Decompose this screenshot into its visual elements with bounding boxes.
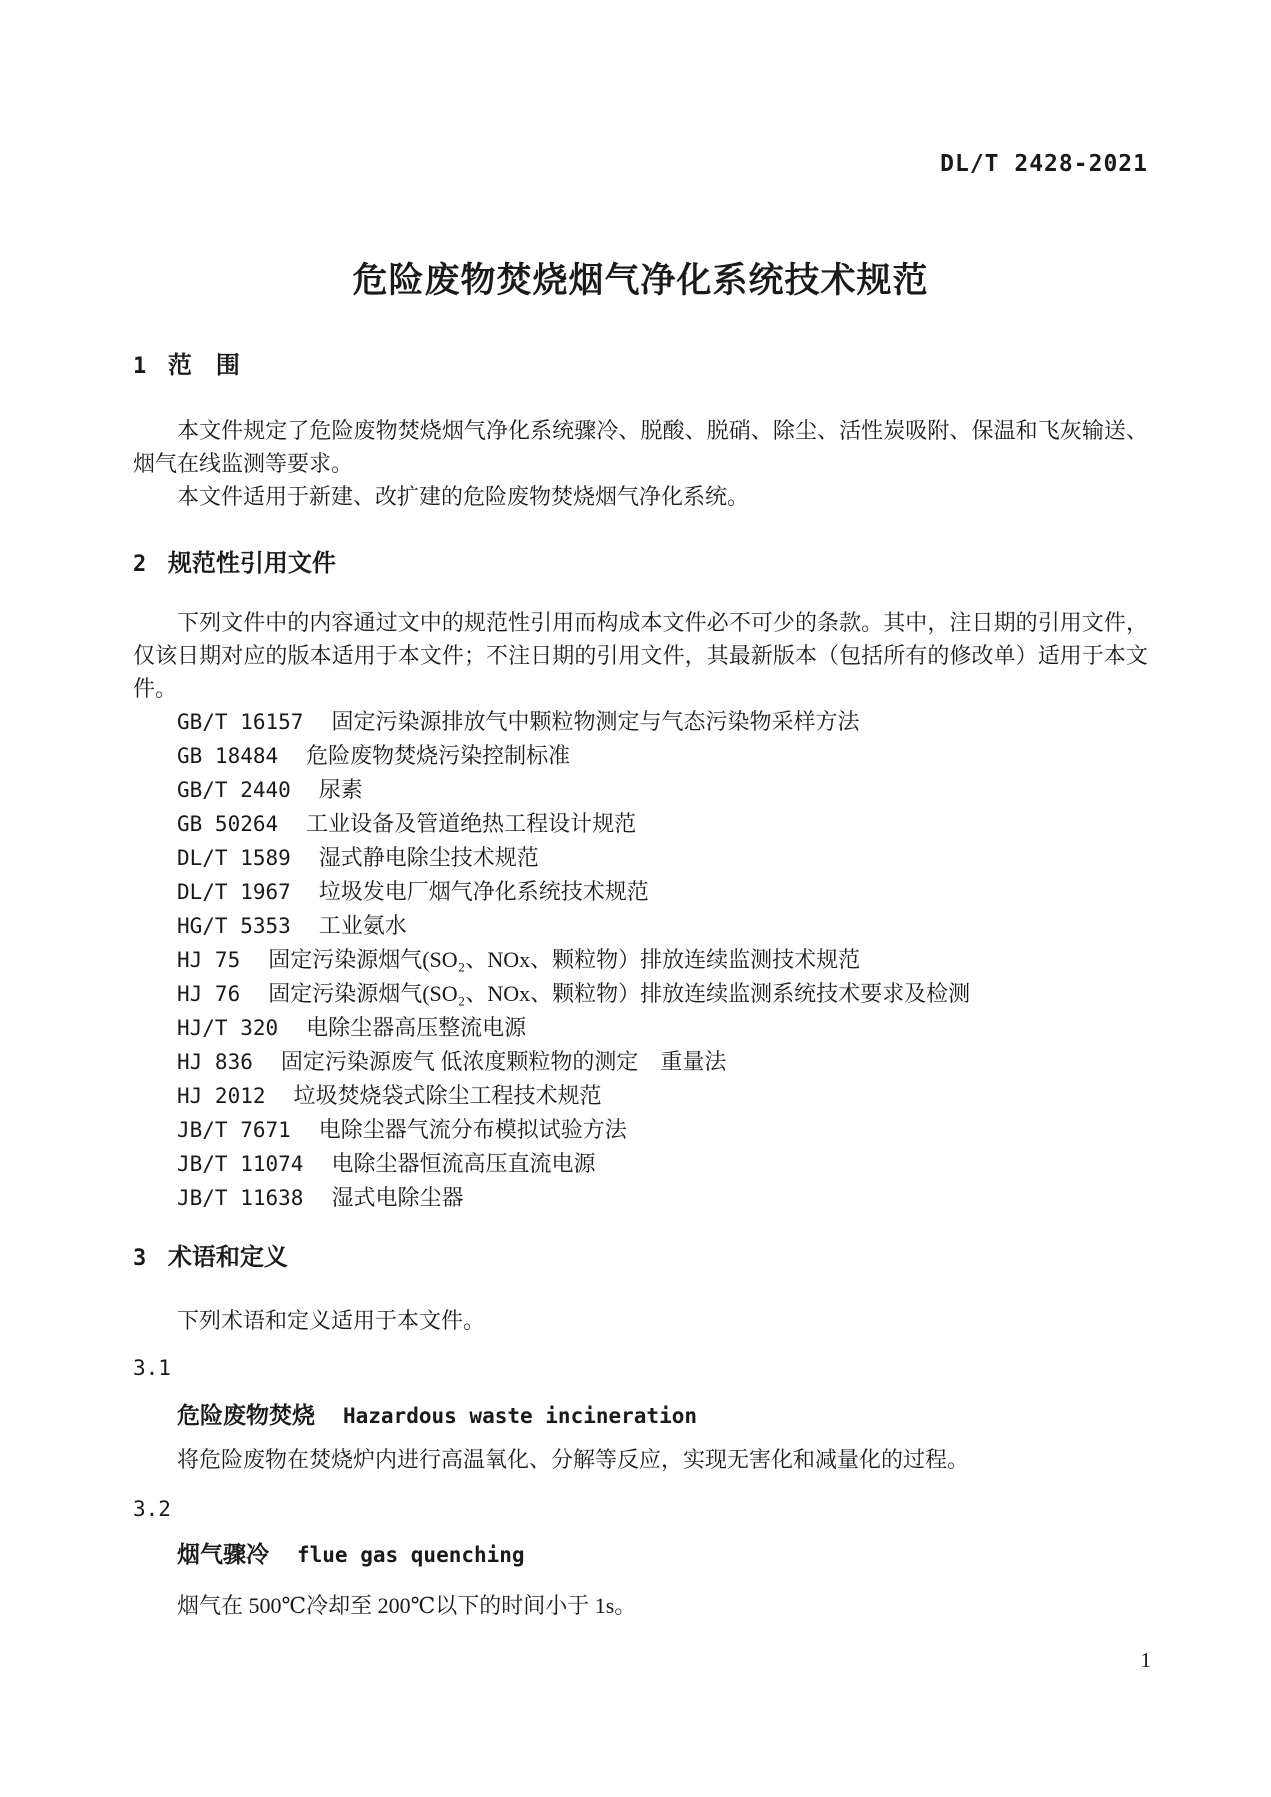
reference-item: HJ 76固定污染源烟气(SO₂、NOx、颗粒物）排放连续监测系统技术要求及检测 xyxy=(177,977,1148,1011)
reference-item: HJ 75固定污染源烟气(SO₂、NOx、颗粒物）排放连续监测技术规范 xyxy=(177,943,1148,977)
term-chinese: 烟气骤冷 xyxy=(177,1541,269,1567)
reference-title: 电除尘器恒流高压直流电源 xyxy=(331,1151,595,1176)
reference-title: 垃圾发电厂烟气净化系统技术规范 xyxy=(319,879,649,904)
reference-title: 固定污染源排放气中颗粒物测定与气态污染物采样方法 xyxy=(331,709,859,734)
reference-item: GB/T 2440尿素 xyxy=(177,773,1148,807)
reference-code: GB 18484 xyxy=(177,744,278,768)
reference-title: 危险废物焚烧污染控制标准 xyxy=(306,743,570,768)
document-page: DL/T 2428-2021 危险废物焚烧烟气净化系统技术规范 1 范 围 本文… xyxy=(0,0,1271,1797)
term-block-3-2: 3.2 烟气骤冷flue gas quenching 烟气在 500℃冷却至 2… xyxy=(133,1494,1148,1622)
reference-item: DL/T 1967垃圾发电厂烟气净化系统技术规范 xyxy=(177,875,1148,909)
reference-item: GB 18484危险废物焚烧污染控制标准 xyxy=(177,739,1148,773)
section-1-title: 范 围 xyxy=(168,352,240,379)
term-definition: 烟气在 500℃冷却至 200℃以下的时间小于 1s。 xyxy=(133,1589,1148,1622)
term-number: 3.2 xyxy=(133,1494,1148,1524)
reference-list: GB/T 16157固定污染源排放气中颗粒物测定与气态污染物采样方法 GB 18… xyxy=(133,705,1148,1215)
reference-title: 工业氨水 xyxy=(319,913,407,938)
term-heading: 烟气骤冷flue gas quenching xyxy=(133,1538,1148,1574)
reference-item: HJ 836固定污染源废气 低浓度颗粒物的测定 重量法 xyxy=(177,1045,1148,1079)
reference-code: HG/T 5353 xyxy=(177,914,291,938)
reference-code: HJ 836 xyxy=(177,1050,253,1074)
reference-item: JB/T 7671电除尘器气流分布模拟试验方法 xyxy=(177,1113,1148,1147)
reference-title: 垃圾焚烧袋式除尘工程技术规范 xyxy=(294,1083,602,1108)
reference-code: HJ 2012 xyxy=(177,1084,266,1108)
standard-code: DL/T 2428-2021 xyxy=(940,151,1148,177)
section-2-title: 规范性引用文件 xyxy=(168,550,336,577)
reference-code: GB/T 16157 xyxy=(177,710,303,734)
reference-code: HJ 76 xyxy=(177,982,240,1006)
scope-paragraph-1: 本文件规定了危险废物焚烧烟气净化系统骤冷、脱酸、脱硝、除尘、活性炭吸附、保温和飞… xyxy=(133,414,1148,480)
reference-item: HJ/T 320电除尘器高压整流电源 xyxy=(177,1011,1148,1045)
reference-title: 尿素 xyxy=(319,777,363,802)
section-terms-definitions: 3 术语和定义 下列术语和定义适用于本文件。 3.1 危险废物焚烧Hazardo… xyxy=(133,1244,1148,1622)
reference-item: GB 50264工业设备及管道绝热工程设计规范 xyxy=(177,807,1148,841)
reference-title: 湿式电除尘器 xyxy=(331,1185,463,1210)
term-heading: 危险废物焚烧Hazardous waste incineration xyxy=(133,1399,1148,1435)
reference-title: 固定污染源烟气(SO₂、NOx、颗粒物）排放连续监测技术规范 xyxy=(268,947,860,972)
scope-paragraph-2: 本文件适用于新建、改扩建的危险废物焚烧烟气净化系统。 xyxy=(133,480,1148,513)
reference-code: JB/T 11638 xyxy=(177,1186,303,1210)
reference-code: GB 50264 xyxy=(177,812,278,836)
terms-intro: 下列术语和定义适用于本文件。 xyxy=(133,1304,1148,1337)
section-2-heading: 2 规范性引用文件 xyxy=(133,550,1148,579)
section-scope: 1 范 围 本文件规定了危险废物焚烧烟气净化系统骤冷、脱酸、脱硝、除尘、活性炭吸… xyxy=(133,352,1148,513)
reference-item: GB/T 16157固定污染源排放气中颗粒物测定与气态污染物采样方法 xyxy=(177,705,1148,739)
reference-item: JB/T 11074电除尘器恒流高压直流电源 xyxy=(177,1147,1148,1181)
section-3-heading: 3 术语和定义 xyxy=(133,1244,1148,1273)
section-2-number: 2 xyxy=(133,552,146,577)
reference-title: 电除尘器高压整流电源 xyxy=(306,1015,526,1040)
section-1-heading: 1 范 围 xyxy=(133,352,1148,381)
reference-code: DL/T 1967 xyxy=(177,880,291,904)
reference-item: HG/T 5353工业氨水 xyxy=(177,909,1148,943)
reference-title: 固定污染源烟气(SO₂、NOx、颗粒物）排放连续监测系统技术要求及检测 xyxy=(268,981,970,1006)
reference-code: JB/T 7671 xyxy=(177,1118,291,1142)
term-block-3-1: 3.1 危险废物焚烧Hazardous waste incineration 将… xyxy=(133,1353,1148,1476)
reference-item: JB/T 11638湿式电除尘器 xyxy=(177,1181,1148,1215)
reference-title: 湿式静电除尘技术规范 xyxy=(319,845,539,870)
reference-code: GB/T 2440 xyxy=(177,778,291,802)
references-intro: 下列文件中的内容通过文中的规范性引用而构成本文件必不可少的条款。其中，注日期的引… xyxy=(133,606,1148,705)
reference-title: 电除尘器气流分布模拟试验方法 xyxy=(319,1117,627,1142)
term-chinese: 危险废物焚烧 xyxy=(177,1402,315,1428)
section-1-number: 1 xyxy=(133,354,146,379)
term-definition: 将危险废物在焚烧炉内进行高温氧化、分解等反应，实现无害化和减量化的过程。 xyxy=(133,1443,1148,1476)
document-title: 危险废物焚烧烟气净化系统技术规范 xyxy=(133,260,1148,302)
reference-item: HJ 2012垃圾焚烧袋式除尘工程技术规范 xyxy=(177,1079,1148,1113)
reference-code: JB/T 11074 xyxy=(177,1152,303,1176)
reference-code: DL/T 1589 xyxy=(177,846,291,870)
term-number: 3.1 xyxy=(133,1353,1148,1383)
section-normative-references: 2 规范性引用文件 下列文件中的内容通过文中的规范性引用而构成本文件必不可少的条… xyxy=(133,550,1148,1215)
reference-code: HJ 75 xyxy=(177,948,240,972)
reference-item: DL/T 1589湿式静电除尘技术规范 xyxy=(177,841,1148,875)
reference-title: 工业设备及管道绝热工程设计规范 xyxy=(306,811,636,836)
document-header: DL/T 2428-2021 xyxy=(133,150,1148,178)
page-number: 1 xyxy=(1141,1648,1152,1672)
term-english: Hazardous waste incineration xyxy=(343,1404,697,1428)
term-english: flue gas quenching xyxy=(297,1543,525,1567)
reference-title: 固定污染源废气 低浓度颗粒物的测定 重量法 xyxy=(281,1049,727,1074)
section-3-number: 3 xyxy=(133,1246,146,1271)
reference-code: HJ/T 320 xyxy=(177,1016,278,1040)
section-3-title: 术语和定义 xyxy=(168,1244,288,1271)
